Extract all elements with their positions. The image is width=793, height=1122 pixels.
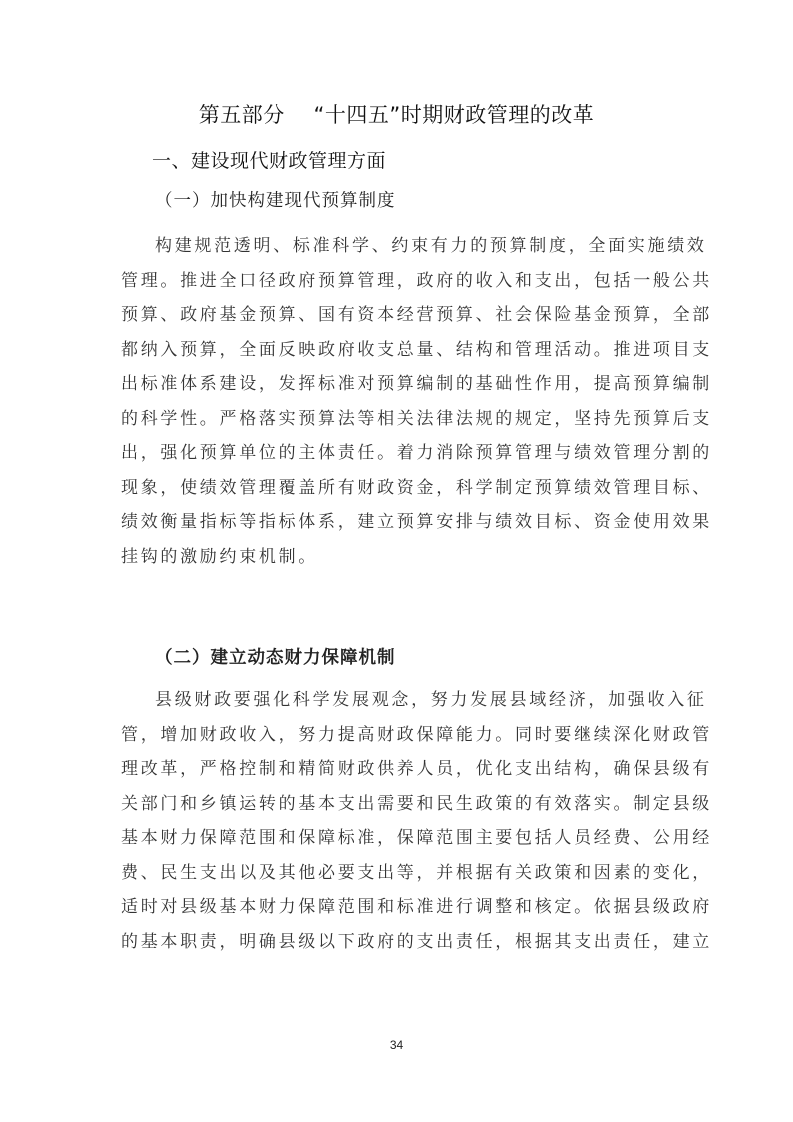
text-line: 费、民生支出以及其他必要支出等，并根据有关政策和因素的变化，	[121, 856, 681, 891]
text-line: 挂钩的激励约束机制。	[121, 540, 681, 575]
text-line: 出，强化预算单位的主体责任。着力消除预算管理与绩效管理分割的	[121, 436, 681, 471]
paragraph-financial-guarantee: 县级财政要强化科学发展观念，努力发展县域经济，加强收入征 管，增加财政收入，努力…	[121, 683, 681, 959]
section-heading: 一、建设现代财政管理方面	[152, 148, 386, 174]
text-line: 理改革，严格控制和精简财政供养人员，优化支出结构，确保县级有	[121, 752, 681, 787]
text-line: 管理。推进全口径政府预算管理，政府的收入和支出，包括一般公共	[121, 264, 681, 299]
text-line: 关部门和乡镇运转的基本支出需要和民生政策的有效落实。制定县级	[121, 787, 681, 822]
subsection-heading-2: （二）建立动态财力保障机制	[155, 646, 396, 670]
paragraph-budget-system: 构建规范透明、标准科学、约束有力的预算制度，全面实施绩效 管理。推进全口径政府预…	[121, 229, 681, 574]
text-line: 县级财政要强化科学发展观念，努力发展县域经济，加强收入征	[121, 683, 681, 718]
text-line: 现象，使绩效管理覆盖所有财政资金，科学制定预算绩效管理目标、	[121, 471, 681, 506]
subsection-heading-1: （一）加快构建现代预算制度	[155, 189, 396, 213]
text-line: 基本财力保障范围和保障标准，保障范围主要包括人员经费、公用经	[121, 821, 681, 856]
text-line: 管，增加财政收入，努力提高财政保障能力。同时要继续深化财政管	[121, 718, 681, 753]
page-number: 34	[0, 1038, 793, 1052]
text-line: 预算、政府基金预算、国有资本经营预算、社会保险基金预算，全部	[121, 298, 681, 333]
text-line: 绩效衡量指标等指标体系，建立预算安排与绩效目标、资金使用效果	[121, 505, 681, 540]
text-line: 的科学性。严格落实预算法等相关法律法规的规定，坚持先预算后支	[121, 402, 681, 437]
text-line: 都纳入预算，全面反映政府收支总量、结构和管理活动。推进项目支	[121, 333, 681, 368]
text-line: 的基本职责，明确县级以下政府的支出责任，根据其支出责任，建立	[121, 925, 681, 960]
document-page: 第五部分 “十四五”时期财政管理的改革 一、建设现代财政管理方面 （一）加快构建…	[0, 0, 793, 1122]
text-line: 出标准体系建设，发挥标准对预算编制的基础性作用，提高预算编制	[121, 367, 681, 402]
text-line: 构建规范透明、标准科学、约束有力的预算制度，全面实施绩效	[121, 229, 681, 264]
text-line: 适时对县级基本财力保障范围和标准进行调整和核定。依据县级政府	[121, 890, 681, 925]
part-title: 第五部分 “十四五”时期财政管理的改革	[0, 101, 793, 129]
